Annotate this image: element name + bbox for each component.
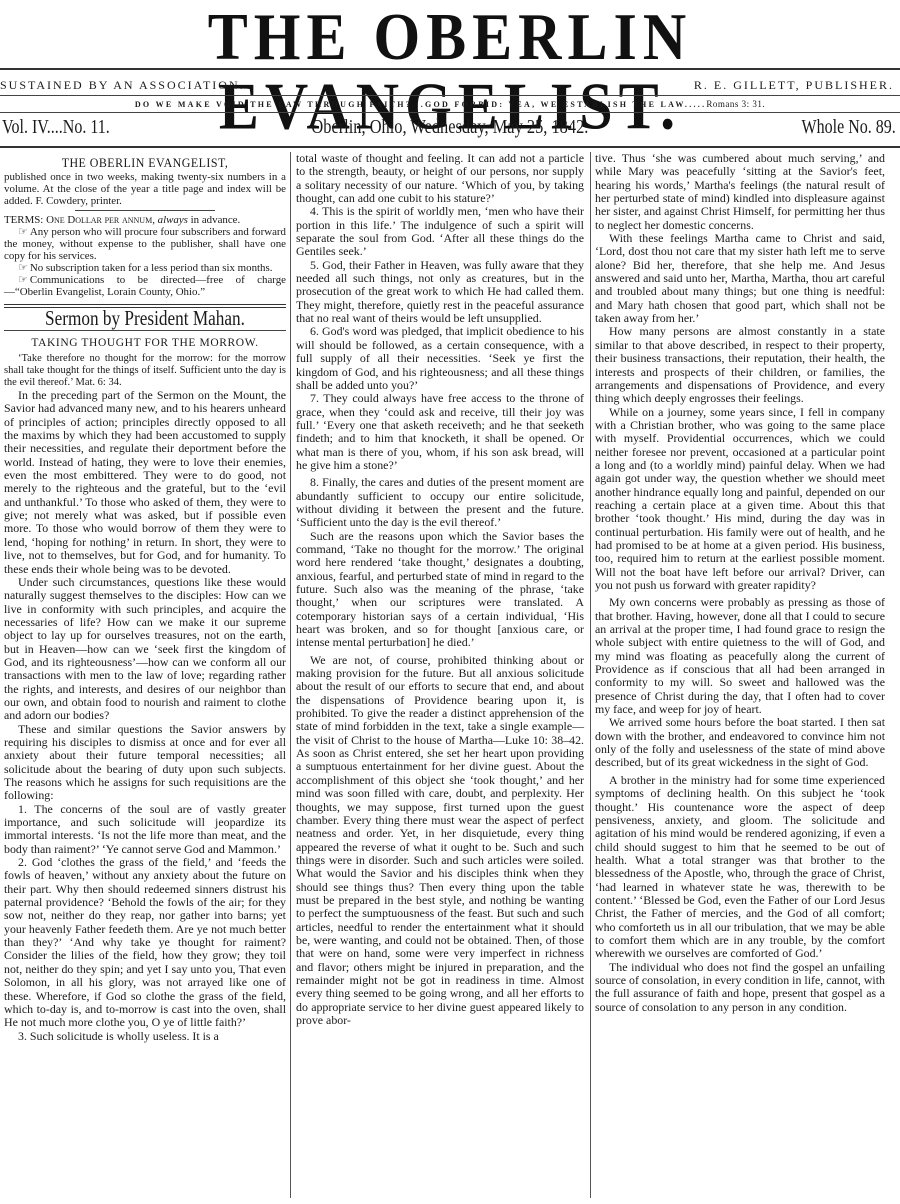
epigraph: ‘Take therefore no thought for the morro… [4, 353, 286, 389]
divider [75, 210, 215, 211]
paragraph: 2. God ‘clothes the grass of the field,’… [4, 856, 286, 1029]
motto-text: DO WE MAKE VOID THE LAW THROUGH FAITH?..… [135, 100, 707, 109]
paragraph: 6. God's word was pledged, that implicit… [296, 325, 584, 392]
divider [0, 112, 900, 113]
article-subheading: TAKING THOUGHT FOR THE MORROW. [4, 330, 286, 350]
paragraph: In the preceding part of the Sermon on t… [4, 389, 286, 576]
publication-notice: published once in two weeks, making twen… [4, 171, 286, 207]
paragraph: These and similar questions the Savior a… [4, 723, 286, 803]
paragraph: 8. Finally, the cares and duties of the … [296, 476, 584, 529]
divider [0, 95, 900, 96]
dateline: Oberlin, Ohio, Wednesday, May 25, 1842. [0, 116, 900, 139]
publisher-line: R. E. GILLETT, PUBLISHER. [694, 78, 894, 93]
motto: DO WE MAKE VOID THE LAW THROUGH FAITH?..… [0, 99, 900, 109]
motto-reference: Romans 3: 31. [706, 99, 765, 109]
paragraph: 5. God, their Father in Heaven, was full… [296, 259, 584, 326]
terms-item: ☞Any person who will procure four subscr… [4, 226, 286, 262]
column-2: total waste of thought and feeling. It c… [296, 152, 584, 1027]
paragraph: Under such circumstances, questions like… [4, 576, 286, 723]
terms-label: TERMS: [4, 214, 43, 226]
paragraph: We arrived some hours before the boat st… [595, 716, 885, 769]
paragraph: 1. The concerns of the soul are of vastl… [4, 803, 286, 856]
whole-number: Whole No. 89. [802, 116, 896, 139]
paragraph: 4. This is the spirit of worldly men, ‘m… [296, 205, 584, 258]
terms: TERMS: One Dollar per annum, always in a… [4, 214, 286, 226]
paragraph: 3. Such solicitude is wholly useless. It… [4, 1030, 286, 1043]
paragraph: total waste of thought and feeling. It c… [296, 152, 584, 205]
paragraph: We are not, of course, prohibited thinki… [296, 654, 584, 1028]
column-1: THE OBERLIN EVANGELIST, published once i… [4, 152, 286, 1043]
paragraph: My own concerns were probably as pressin… [595, 596, 885, 716]
paragraph: With these feelings Martha came to Chris… [595, 232, 885, 325]
pointing-hand-icon: ☞ [18, 274, 28, 286]
pointing-hand-icon: ☞ [18, 226, 28, 238]
column-divider [290, 152, 291, 1198]
masthead: THE OBERLIN EVANGELIST. SUSTAINED BY AN … [0, 0, 900, 148]
sustained-line: SUSTAINED BY AN ASSOCIATION. [0, 78, 245, 93]
paragraph: tive. Thus ‘she was cumbered about much … [595, 152, 885, 232]
paragraph: 7. They could always have free access to… [296, 392, 584, 472]
issue-date: Oberlin, Ohio, Wednesday, May 25, 1842. [311, 116, 588, 139]
paragraph: Such are the reasons upon which the Savi… [296, 530, 584, 650]
paragraph: While on a journey, some years since, I … [595, 406, 885, 593]
pointing-hand-icon: ☞ [18, 262, 28, 274]
column-divider [590, 152, 591, 1198]
divider [0, 146, 900, 148]
article-heading: Sermon by President Mahan. [29, 312, 260, 325]
paragraph: A brother in the ministry had for some t… [595, 774, 885, 961]
paragraph: The individual who does not find the gos… [595, 961, 885, 1014]
column-3: tive. Thus ‘she was cumbered about much … [595, 152, 885, 1014]
notice-title: THE OBERLIN EVANGELIST, [15, 156, 274, 169]
terms-item: ☞No subscription taken for a less period… [4, 262, 286, 274]
paragraph: How many persons are almost constantly i… [595, 325, 885, 405]
terms-item: ☞Communications to be directed—free of c… [4, 274, 286, 298]
divider [0, 68, 900, 70]
